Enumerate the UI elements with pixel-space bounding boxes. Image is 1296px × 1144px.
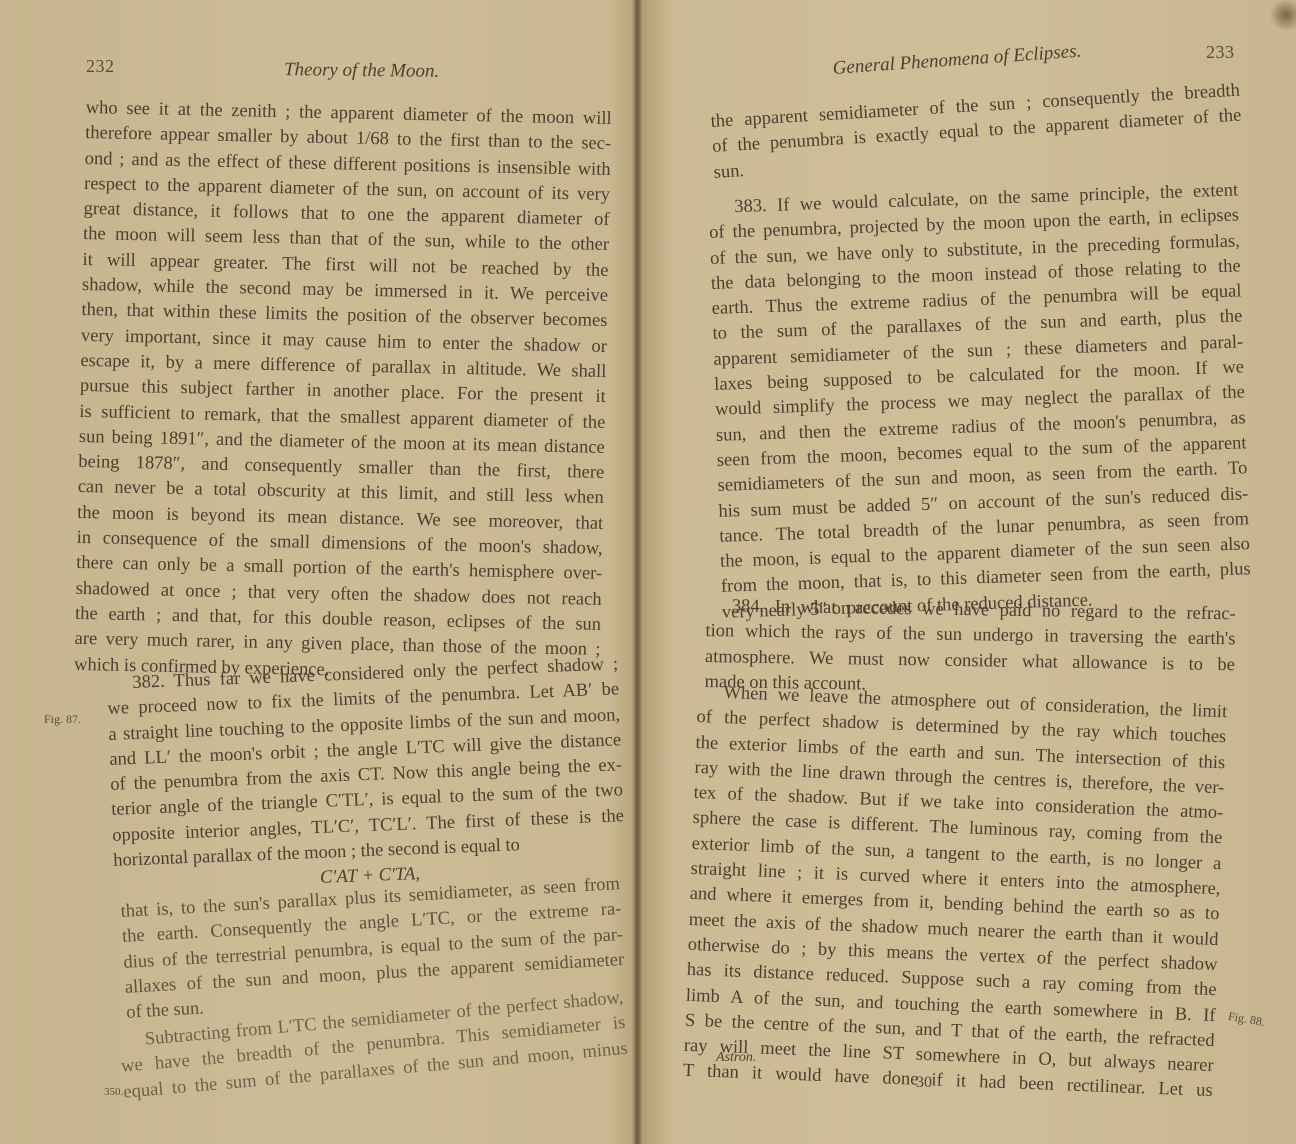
signature-mark: Astron. — [716, 1050, 756, 1066]
left-running-head: Theory of the Moon. — [284, 59, 439, 83]
right-running-head: General Phenomena of Eclipses. — [832, 41, 1082, 80]
sheet-number: 30 — [916, 1074, 932, 1092]
right-page-number: 233 — [1206, 42, 1235, 63]
figure-reference-note: Fig. 87. — [44, 712, 81, 727]
left-page-number: 232 — [86, 56, 115, 77]
section-382: 382. Thus far we have considered only th… — [106, 652, 626, 899]
right-page: 233 General Phenomena of Eclipses. the a… — [640, 0, 1296, 1144]
open-book-spread: 232 Theory of the Moon. Fig. 87. 350. wh… — [0, 0, 1296, 1144]
atmosphere-paragraph: When we leave the atmosphere out of cons… — [682, 680, 1227, 1105]
right-paragraph-continued: the apparent semidiameter of the sun ; c… — [710, 79, 1244, 186]
figure-reference-note: Fig. 88. — [1227, 1009, 1266, 1030]
left-page: 232 Theory of the Moon. Fig. 87. 350. wh… — [0, 0, 638, 1144]
section-383: 383. If we would calculate, on the same … — [708, 178, 1252, 625]
bottom-margin-note: 350. — [104, 1086, 123, 1098]
left-paragraph-continued: who see it at the zenith ; the apparent … — [74, 96, 612, 689]
